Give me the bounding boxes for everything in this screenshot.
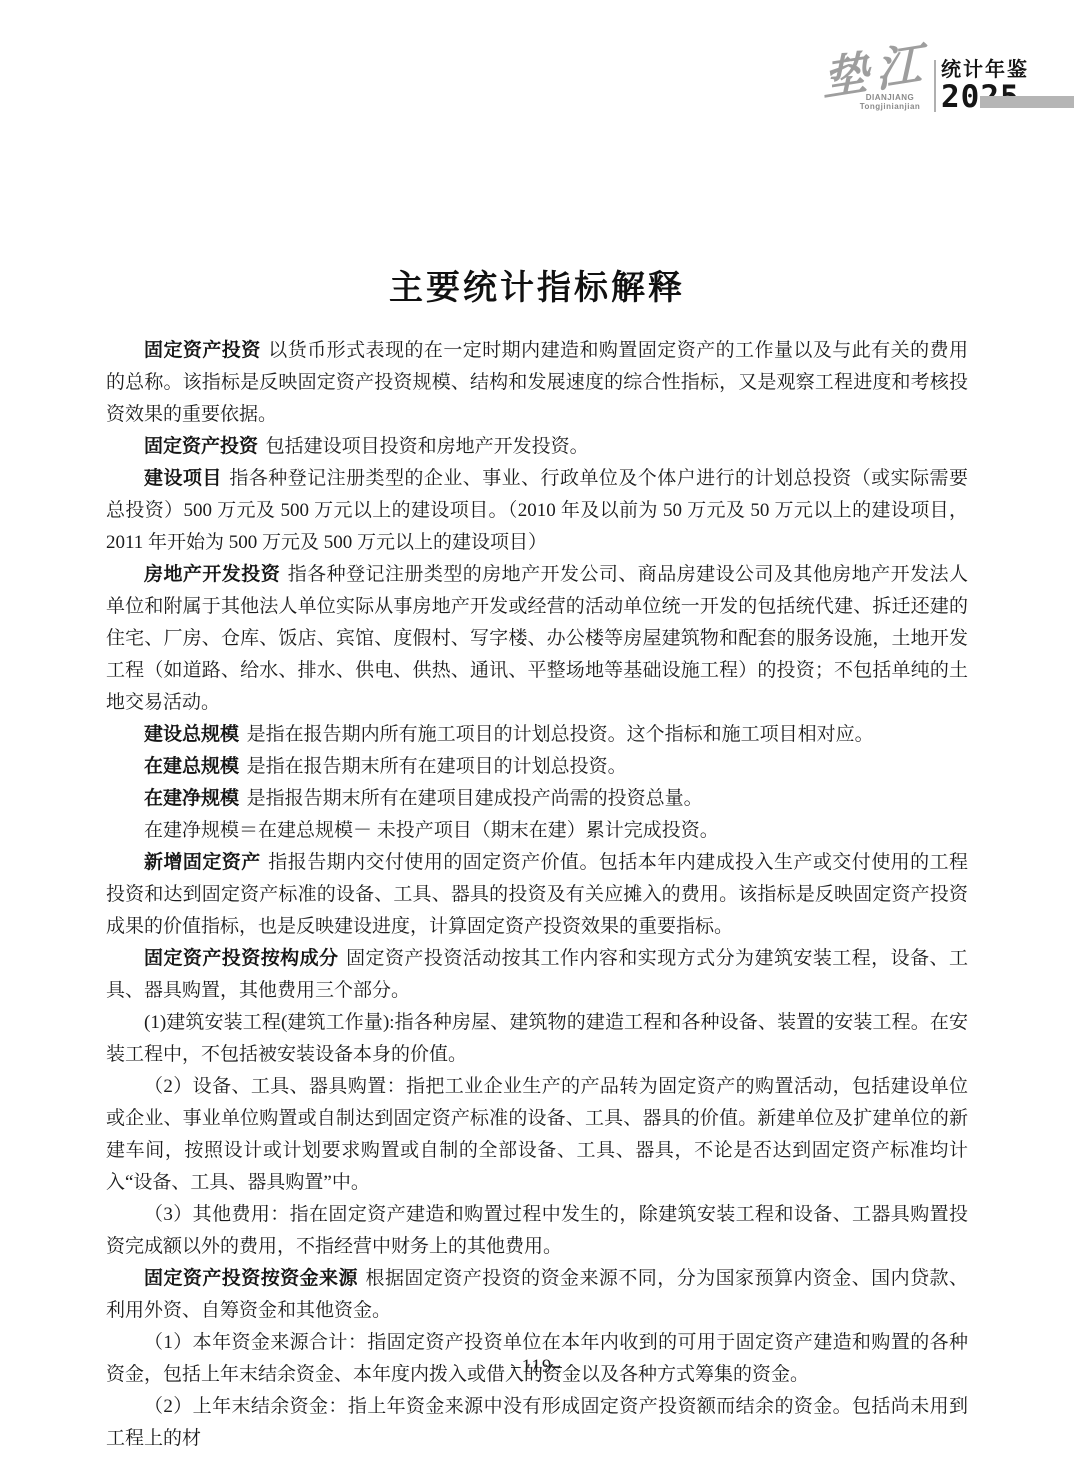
paragraph: 建设总规模是指在报告期内所有施工项目的计划总投资。这个指标和施工项目相对应。 bbox=[106, 719, 968, 751]
paragraph-term-label: 在建总规模 bbox=[144, 756, 239, 777]
paragraph-text: 在建净规模＝在建总规模－ 未投产项目（期末在建）累计完成投资。 bbox=[144, 820, 719, 841]
paragraph: 建设项目指各种登记注册类型的企业、事业、行政单位及个体户进行的计划总投资（或实际… bbox=[106, 463, 968, 559]
paragraph: 在建总规模是指在报告期末所有在建项目的计划总投资。 bbox=[106, 751, 968, 783]
paragraph-term-label: 固定资产投资 bbox=[144, 340, 261, 361]
paragraph-text: 是指报告期末所有在建项目建成投产尚需的投资总量。 bbox=[247, 788, 703, 809]
paragraph-text: （2）设备、工具、器具购置：指把工业企业生产的产品转为固定资产的购置活动，包括建… bbox=[106, 1076, 968, 1193]
paragraph: （2）设备、工具、器具购置：指把工业企业生产的产品转为固定资产的购置活动，包括建… bbox=[106, 1071, 968, 1199]
paragraph: 在建净规模是指报告期末所有在建项目建成投产尚需的投资总量。 bbox=[106, 783, 968, 815]
paragraph: 固定资产投资包括建设项目投资和房地产开发投资。 bbox=[106, 431, 968, 463]
paragraph: 新增固定资产指报告期内交付使用的固定资产价值。包括本年内建成投入生产或交付使用的… bbox=[106, 847, 968, 943]
paragraph: 固定资产投资按资金来源根据固定资产投资的资金来源不同，分为国家预算内资金、国内贷… bbox=[106, 1263, 968, 1327]
paragraph: （3）其他费用：指在固定资产建造和购置过程中发生的，除建筑安装工程和设备、工器具… bbox=[106, 1199, 968, 1263]
paragraph: 固定资产投资以货币形式表现的在一定时期内建造和购置固定资产的工作量以及与此有关的… bbox=[106, 335, 968, 431]
paragraph-text: 是指在报告期末所有在建项目的计划总投资。 bbox=[247, 756, 627, 777]
yearbook-logo-pinyin-line1: DIANJIANG bbox=[848, 93, 932, 102]
page-number: –119– bbox=[511, 1356, 563, 1377]
paragraph: （2）上年末结余资金：指上年资金来源中没有形成固定资产投资额而结余的资金。包括尚… bbox=[106, 1391, 968, 1455]
paragraph: (1)建筑安装工程(建筑工作量):指各种房屋、建筑物的建造工程和各种设备、装置的… bbox=[106, 1007, 968, 1071]
paragraph-text: 包括建设项目投资和房地产开发投资。 bbox=[266, 436, 589, 457]
page-header: 垫江 DIANJIANG Tongjinianjian 统计年鉴 2025 bbox=[0, 0, 1074, 130]
paragraph-term-label: 房地产开发投资 bbox=[144, 564, 280, 585]
paragraph-text: 指各种登记注册类型的企业、事业、行政单位及个体户进行的计划总投资（或实际需要总投… bbox=[106, 468, 968, 553]
page-title: 主要统计指标解释 bbox=[106, 260, 968, 309]
paragraph-term-label: 建设项目 bbox=[144, 468, 222, 489]
logo-divider bbox=[934, 60, 936, 112]
paragraph-term-label: 固定资产投资按构成分 bbox=[144, 948, 338, 969]
yearbook-logo-pinyin-line2: Tongjinianjian bbox=[848, 102, 932, 111]
page-footer: –119– bbox=[0, 1356, 1074, 1378]
paragraph-term-label: 固定资产投资按资金来源 bbox=[144, 1268, 358, 1289]
paragraphs-container: 固定资产投资以货币形式表现的在一定时期内建造和购置固定资产的工作量以及与此有关的… bbox=[106, 335, 968, 1455]
paragraph-text: （3）其他费用：指在固定资产建造和购置过程中发生的，除建筑安装工程和设备、工器具… bbox=[106, 1204, 968, 1257]
yearbook-logo-pinyin: DIANJIANG Tongjinianjian bbox=[848, 93, 932, 111]
paragraph-text: (1)建筑安装工程(建筑工作量):指各种房屋、建筑物的建造工程和各种设备、装置的… bbox=[106, 1012, 968, 1065]
paragraph-term-label: 在建净规模 bbox=[144, 788, 239, 809]
paragraph-term-label: 建设总规模 bbox=[144, 724, 239, 745]
document-body: 主要统计指标解释 固定资产投资以货币形式表现的在一定时期内建造和购置固定资产的工… bbox=[106, 260, 968, 1455]
header-accent-bar bbox=[980, 96, 1074, 108]
paragraph-text: 指各种登记注册类型的房地产开发公司、商品房建设公司及其他房地产开发法人单位和附属… bbox=[106, 564, 968, 713]
paragraph: 房地产开发投资指各种登记注册类型的房地产开发公司、商品房建设公司及其他房地产开发… bbox=[106, 559, 968, 719]
paragraph-text: （2）上年末结余资金：指上年资金来源中没有形成固定资产投资额而结余的资金。包括尚… bbox=[106, 1396, 968, 1449]
paragraph-text: 是指在报告期内所有施工项目的计划总投资。这个指标和施工项目相对应。 bbox=[247, 724, 874, 745]
paragraph-term-label: 新增固定资产 bbox=[144, 852, 261, 873]
paragraph: 固定资产投资按构成分固定资产投资活动按其工作内容和实现方式分为建筑安装工程，设备… bbox=[106, 943, 968, 1007]
paragraph-term-label: 固定资产投资 bbox=[144, 436, 258, 457]
paragraph: 在建净规模＝在建总规模－ 未投产项目（期末在建）累计完成投资。 bbox=[106, 815, 968, 847]
